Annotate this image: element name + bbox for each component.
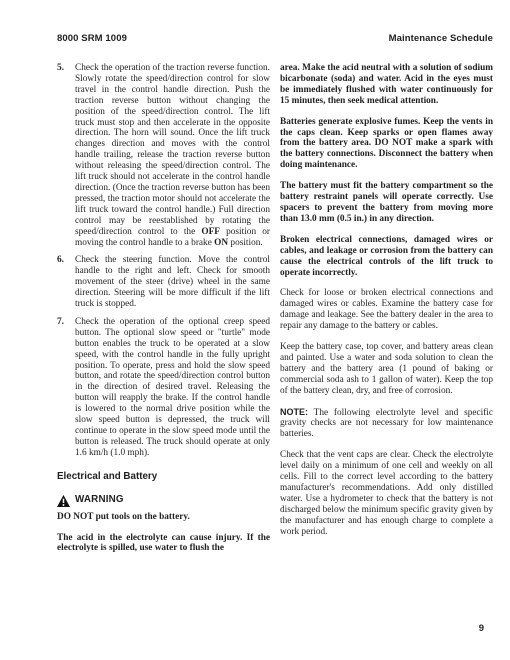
list-number: 5.	[57, 63, 64, 74]
page-number: 9	[479, 623, 484, 634]
document-page: 8000 SRM 1009 Maintenance Schedule 5. Ch…	[0, 0, 510, 660]
list-item-7: 7. Check the operation of the optional c…	[57, 317, 270, 459]
warning-paragraph: Broken electrical connections, damaged w…	[280, 235, 493, 279]
warning-header: WARNING	[57, 495, 270, 507]
warning-paragraph: The battery must fit the battery compart…	[280, 181, 493, 225]
warning-label: WARNING	[75, 495, 124, 506]
warning-paragraph: DO NOT put tools on the battery.	[57, 512, 270, 523]
list-item-5: 5. Check the operation of the traction r…	[57, 63, 270, 248]
list-item-text: Check the steering function. Move the co…	[75, 255, 270, 309]
page-header: 8000 SRM 1009 Maintenance Schedule	[57, 33, 493, 44]
list-item-text: Check the operation of the optional cree…	[75, 317, 270, 458]
left-column: 5. Check the operation of the traction r…	[57, 63, 270, 564]
warning-paragraph: area. Make the acid neutral with a solut…	[280, 63, 493, 107]
two-column-body: 5. Check the operation of the traction r…	[57, 63, 493, 564]
doc-number: 8000 SRM 1009	[57, 33, 127, 44]
off-keyword: OFF	[201, 227, 220, 237]
list-item-text: position.	[228, 238, 263, 248]
warning-triangle-icon	[57, 495, 70, 507]
note-text: The following electrolyte level and spec…	[280, 408, 493, 440]
list-item-text: Check the operation of the traction reve…	[75, 63, 270, 237]
note-label: NOTE:	[280, 407, 308, 417]
list-item-6: 6. Check the steering function. Move the…	[57, 255, 270, 310]
warning-paragraph: Batteries generate explosive fumes. Keep…	[280, 117, 493, 172]
right-column: area. Make the acid neutral with a solut…	[280, 63, 493, 564]
body-paragraph: Keep the battery case, top cover, and ba…	[280, 342, 493, 397]
list-number: 7.	[57, 317, 64, 328]
note-paragraph: NOTE: The following electrolyte level an…	[280, 407, 493, 441]
body-paragraph: Check that the vent caps are clear. Chec…	[280, 450, 493, 537]
body-paragraph: Check for loose or broken electrical con…	[280, 288, 493, 332]
section-heading: Electrical and Battery	[57, 472, 270, 483]
doc-section-title: Maintenance Schedule	[389, 33, 493, 44]
list-number: 6.	[57, 255, 64, 266]
warning-paragraph: The acid in the electrolyte can cause in…	[57, 533, 270, 555]
on-keyword: ON	[214, 238, 228, 248]
